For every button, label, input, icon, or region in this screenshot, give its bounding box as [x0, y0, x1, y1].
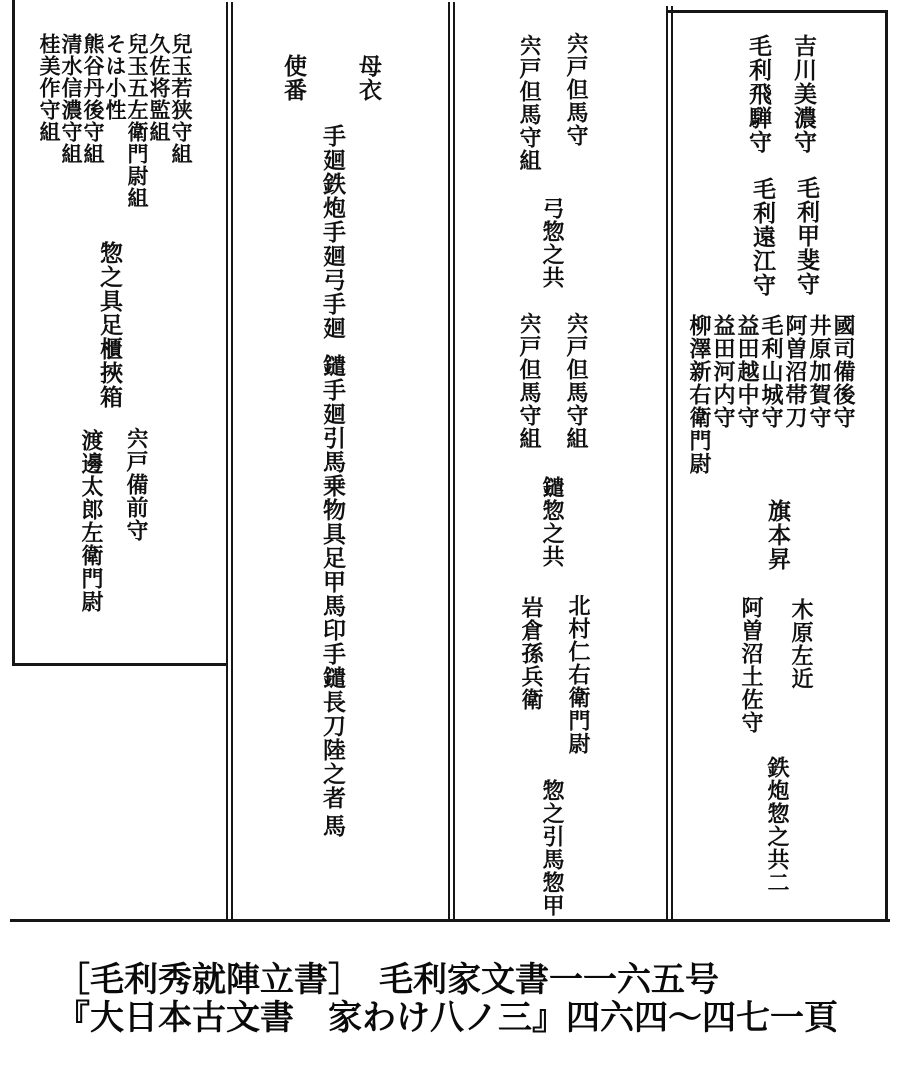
name-ihara-kaga: 井原加賀守	[808, 314, 830, 475]
name-kunishi-bingo: 國司備後守	[832, 314, 854, 475]
name-kumagai-tango-kumi: 熊谷丹後守組	[82, 33, 103, 209]
caption: ［毛利秀就陣立書］ 毛利家文書一一六五号 『大日本古文書 家わけ八ノ三』四六四～…	[56, 962, 838, 1038]
name-watanabe-tarozaemon: 渡邊太郎左衛門尉	[80, 429, 102, 613]
name-asonuma-tatewaki: 阿曽沼帯刀	[784, 314, 806, 475]
name-katsura-mimasaka-kumi: 桂美作守組	[38, 33, 59, 209]
divider-line-1	[226, 2, 233, 919]
name-masuda-kawachi: 益田河内守	[712, 314, 734, 475]
name-shishido-tajima: 宍戸但馬守	[565, 32, 587, 147]
name-kodama-wakasa-kumi: 兒玉若狭守組	[170, 33, 191, 209]
bottom-baseline	[10, 919, 890, 922]
uma-label: 馬	[321, 814, 344, 838]
caption-line1: ［毛利秀就陣立書］ 毛利家文書一一六五号	[56, 962, 838, 1000]
yari-temawari-line: 鑓手廻引馬乗物具足甲馬印手鑓長刀陸之者	[321, 354, 344, 810]
name-kodama-gozaemon-kumi: 兒玉五左衛門尉組	[126, 33, 147, 209]
tsukaiban-label: 使番	[282, 54, 305, 102]
hikiuma-label: 惣之引馬惣甲	[541, 779, 563, 917]
teppo-unit-label: 鉄炮惣之共二	[766, 756, 788, 894]
name-mori-kai: 毛利甲斐守	[795, 176, 818, 296]
name-shishido-bizen: 宍戸備前守	[125, 427, 147, 542]
name-shimizu-shinano-kumi: 清水信濃守組	[60, 33, 81, 209]
horo-label: 母衣	[357, 54, 380, 102]
name-kikkawa-mino: 吉川美濃守	[792, 34, 815, 154]
shishido-kumi-left: 宍戸但馬守組	[518, 312, 540, 450]
gusoku-label: 惣之具足櫃挾箱	[98, 241, 121, 409]
name-kusa-shogen-kumi: 久佐将監組	[148, 33, 169, 209]
name-mori-hida: 毛利飛騨守	[747, 34, 770, 154]
name-masuda-etchu: 益田越中守	[736, 314, 758, 475]
bow-unit-label: 弓惣之共	[541, 197, 563, 289]
caption-line2: 『大日本古文書 家わけ八ノ三』四六四～四七一頁	[56, 1000, 838, 1038]
document-page: 吉川美濃守 毛利飛騨守 毛利甲斐守 毛利遠江守 國司備後守 井原加賀守 阿曽沼帯…	[0, 0, 900, 1071]
temawari-line: 手廻鉄炮手廻弓手廻	[321, 124, 344, 340]
name-soba-kosho: そは小性	[104, 33, 125, 209]
shishido-kumi-right: 宍戸但馬守組	[565, 312, 587, 450]
name-yanagisawa-shinemon: 柳澤新右衛門尉	[688, 314, 710, 475]
hatamoto-label: 旗本昇	[766, 499, 789, 571]
name-kihara-sakon: 木原左近	[790, 598, 812, 690]
divider-line-2	[448, 2, 455, 919]
name-mori-totomi: 毛利遠江守	[751, 177, 774, 297]
name-kitamura-niemon: 北村仁右衛門尉	[567, 594, 589, 755]
name-iwakura-magobee: 岩倉孫兵衛	[520, 596, 542, 711]
shishido-kumi-top: 宍戸但馬守組	[518, 34, 540, 172]
name-mori-yamashiro: 毛利山城守	[760, 314, 782, 475]
name-asonuma-tosa: 阿曽沼土佐守	[740, 596, 762, 734]
commander-name-group: 國司備後守 井原加賀守 阿曽沼帯刀 毛利山城守 益田越中守 益田河内守 柳澤新右…	[682, 314, 854, 475]
kumi-name-group: 兒玉若狭守組 久佐将監組 兒玉五左衛門尉組 そは小性 熊谷丹後守組 清水信濃守組…	[37, 33, 191, 209]
spear-unit-label: 鑓惣之共	[541, 476, 563, 568]
